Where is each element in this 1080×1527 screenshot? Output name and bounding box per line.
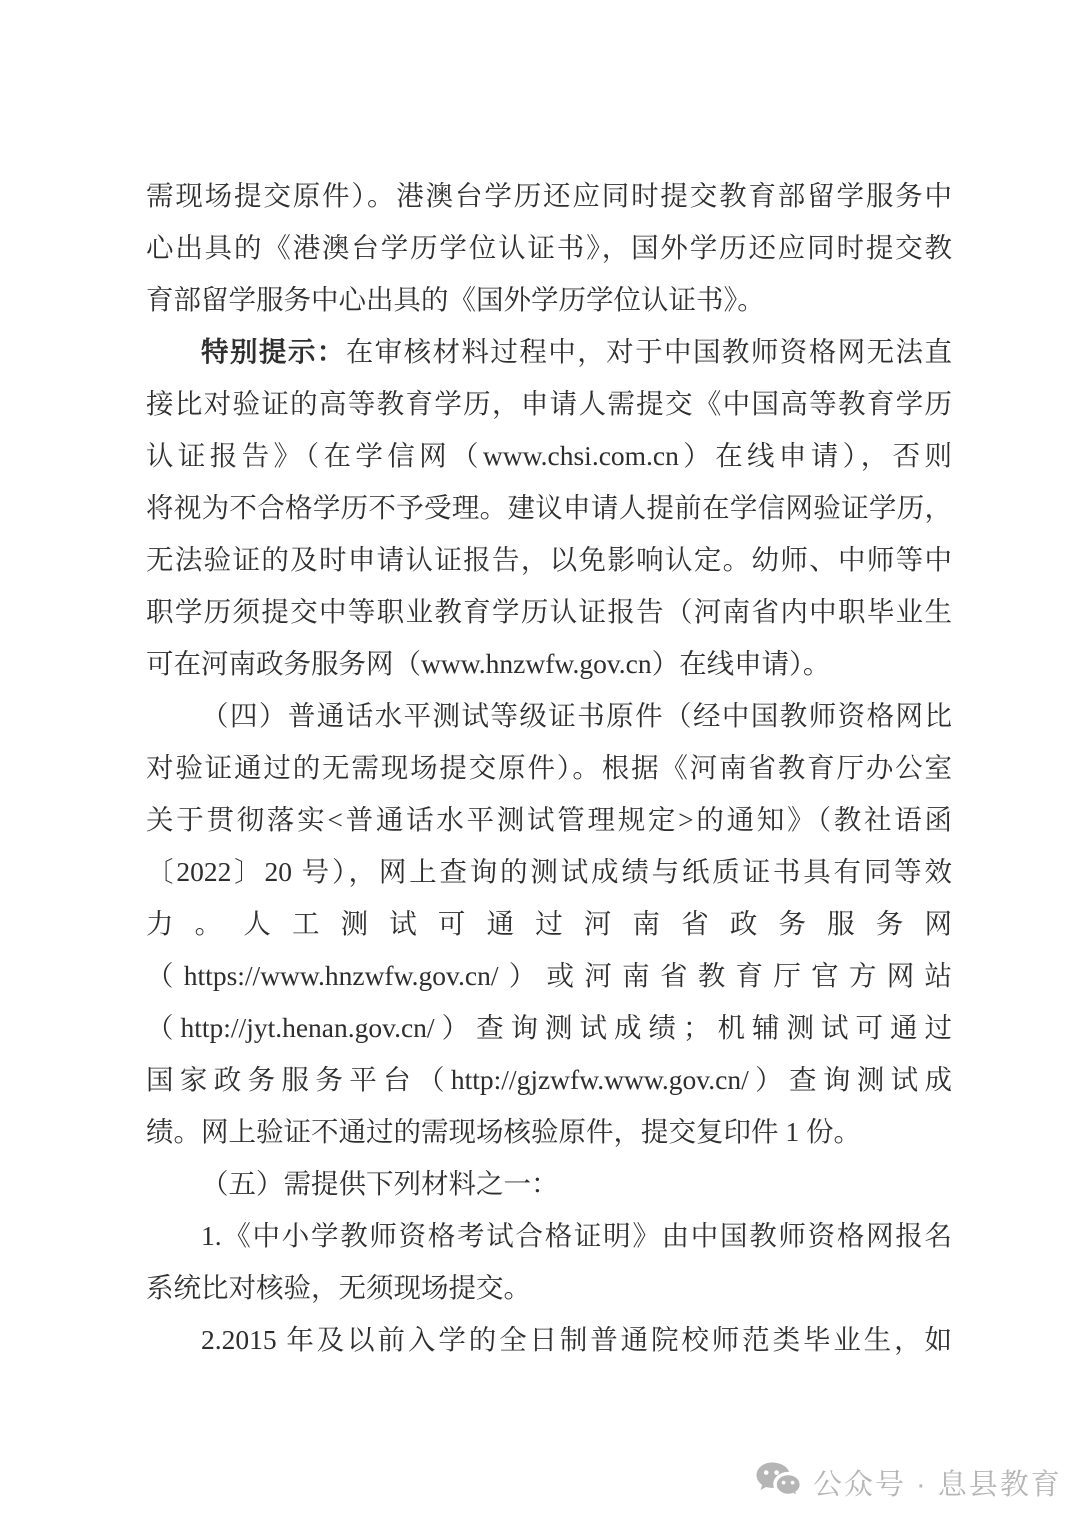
text-line: 国家政务服务平台（http://gjzwfw.www.gov.cn/）查询测试成	[146, 1054, 952, 1106]
line-text: （四）普通话水平测试等级证书原件（经中国教师资格网比	[201, 700, 952, 731]
watermark-label: 公众号 · 息县教育	[813, 1462, 1062, 1503]
line-text: （http://jyt.henan.gov.cn/）查询测试成绩；机辅测试可通过	[146, 1012, 952, 1043]
text-line: （http://jyt.henan.gov.cn/）查询测试成绩；机辅测试可通过	[146, 1002, 952, 1054]
line-text: （https://www.hnzwfw.gov.cn/）或河南省教育厅官方网站	[146, 960, 952, 991]
line-text: 无法验证的及时申请认证报告，以免影响认定。幼师、中师等中	[146, 544, 952, 575]
line-text: 心出具的《港澳台学历学位认证书》，国外学历还应同时提交教	[146, 232, 952, 263]
text-line: 心出具的《港澳台学历学位认证书》，国外学历还应同时提交教	[146, 222, 952, 274]
line-text: 关于贯彻落实<普通话水平测试管理规定>的通知》（教社语函	[146, 804, 952, 835]
text-line: 可在河南政务服务网（www.hnzwfw.gov.cn）在线申请）。	[146, 638, 952, 690]
wechat-icon	[755, 1461, 801, 1503]
line-text: 需现场提交原件）。港澳台学历还应同时提交教育部留学服务中	[146, 180, 952, 211]
text-line: 将视为不合格学历不予受理。建议申请人提前在学信网验证学历，	[146, 482, 952, 534]
watermark: 公众号 · 息县教育	[755, 1458, 1062, 1506]
text-line: 1.《中小学教师资格考试合格证明》由中国教师资格网报名	[146, 1210, 952, 1262]
line-text: 1.《中小学教师资格考试合格证明》由中国教师资格网报名	[201, 1220, 952, 1251]
line-text: 系统比对核验，无须现场提交。	[146, 1272, 531, 1303]
line-text: （五）需提供下列材料之一：	[201, 1168, 559, 1199]
text-line: （五）需提供下列材料之一：	[146, 1158, 952, 1210]
text-line: 需现场提交原件）。港澳台学历还应同时提交教育部留学服务中	[146, 170, 952, 222]
document-body: 需现场提交原件）。港澳台学历还应同时提交教育部留学服务中心出具的《港澳台学历学位…	[146, 170, 952, 1366]
bold-label: 特别提示：	[201, 336, 346, 367]
text-line: 力。人工测试可通过河南省政务服务网	[146, 898, 952, 950]
line-text: 接比对验证的高等教育学历，申请人需提交《中国高等教育学历	[146, 388, 952, 419]
line-text: 职学历须提交中等职业教育学历认证报告（河南省内中职毕业生	[146, 596, 952, 627]
text-line: 无法验证的及时申请认证报告，以免影响认定。幼师、中师等中	[146, 534, 952, 586]
document-page: 需现场提交原件）。港澳台学历还应同时提交教育部留学服务中心出具的《港澳台学历学位…	[0, 0, 1080, 1527]
line-text: 对验证通过的无需现场提交原件）。根据《河南省教育厅办公室	[146, 752, 952, 783]
line-text: 将视为不合格学历不予受理。建议申请人提前在学信网验证学历，	[146, 492, 952, 523]
text-line: （四）普通话水平测试等级证书原件（经中国教师资格网比	[146, 690, 952, 742]
text-line: 关于贯彻落实<普通话水平测试管理规定>的通知》（教社语函	[146, 794, 952, 846]
text-line: 认证报告》（在学信网（www.chsi.com.cn）在线申请），否则	[146, 430, 952, 482]
line-text: 绩。网上验证不通过的需现场核验原件，提交复印件 1 份。	[146, 1116, 861, 1147]
text-line: 〔2022〕20 号），网上查询的测试成绩与纸质证书具有同等效	[146, 846, 952, 898]
text-line: 绩。网上验证不通过的需现场核验原件，提交复印件 1 份。	[146, 1106, 952, 1158]
text-line: （https://www.hnzwfw.gov.cn/）或河南省教育厅官方网站	[146, 950, 952, 1002]
line-text: 2.2015 年及以前入学的全日制普通院校师范类毕业生，如	[201, 1324, 952, 1355]
text-line: 特别提示：在审核材料过程中，对于中国教师资格网无法直	[146, 326, 952, 378]
text-line: 系统比对核验，无须现场提交。	[146, 1262, 952, 1314]
line-text: 育部留学服务中心出具的《国外学历学位认证书》。	[146, 284, 765, 315]
line-text: 在审核材料过程中，对于中国教师资格网无法直	[346, 336, 952, 367]
text-line: 对验证通过的无需现场提交原件）。根据《河南省教育厅办公室	[146, 742, 952, 794]
text-line: 职学历须提交中等职业教育学历认证报告（河南省内中职毕业生	[146, 586, 952, 638]
text-line: 育部留学服务中心出具的《国外学历学位认证书》。	[146, 274, 952, 326]
text-line: 2.2015 年及以前入学的全日制普通院校师范类毕业生，如	[146, 1314, 952, 1366]
line-text: 可在河南政务服务网（www.hnzwfw.gov.cn）在线申请）。	[146, 648, 830, 679]
line-text: 认证报告》（在学信网（www.chsi.com.cn）在线申请），否则	[146, 440, 952, 471]
line-text: 国家政务服务平台（http://gjzwfw.www.gov.cn/）查询测试成	[146, 1064, 952, 1095]
line-text: 力。人工测试可通过河南省政务服务网	[146, 908, 952, 939]
line-text: 〔2022〕20 号），网上查询的测试成绩与纸质证书具有同等效	[146, 856, 952, 887]
text-line: 接比对验证的高等教育学历，申请人需提交《中国高等教育学历	[146, 378, 952, 430]
